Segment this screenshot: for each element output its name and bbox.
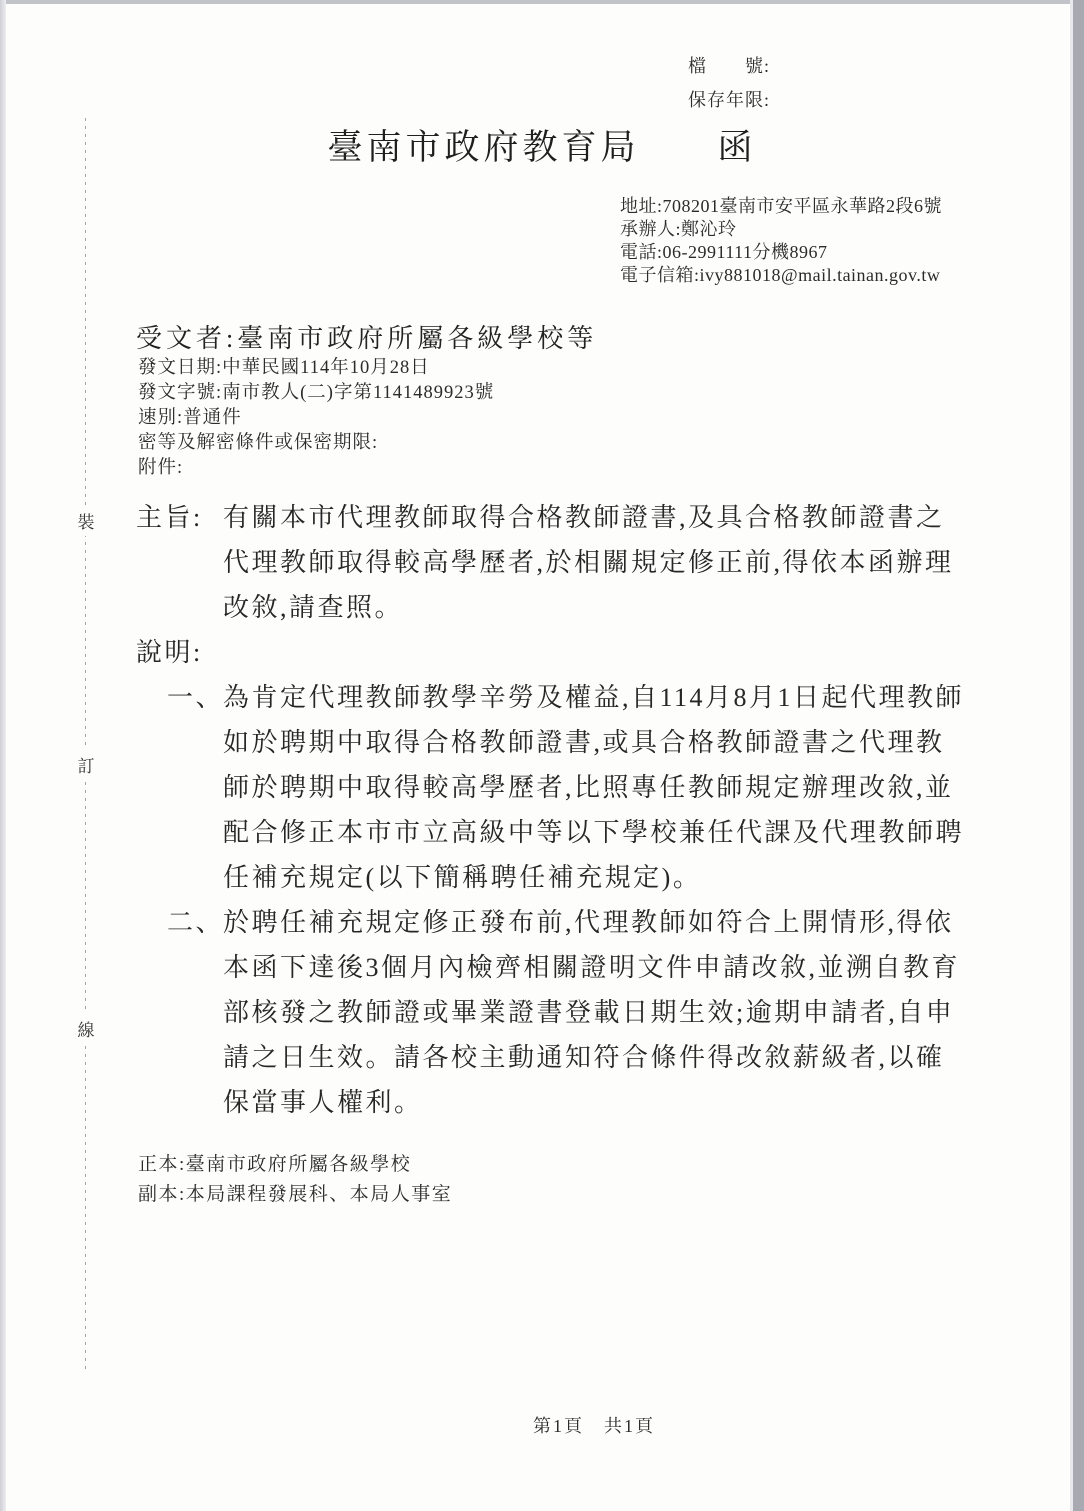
item-2-text: 於聘任補充規定修正發布前,代理教師如符合上開情形,得依本函下達後3個月內檢齊相關… xyxy=(223,900,971,1125)
explanation-label: 說明: xyxy=(136,630,971,675)
security-line: 密等及解密條件或保密期限: xyxy=(138,431,494,456)
explanation-item-2: 二、 於聘任補充規定修正發布前,代理教師如符合上開情形,得依本函下達後3個月內檢… xyxy=(167,900,971,1125)
binding-mark-zhuang: 裝 xyxy=(71,505,101,536)
subject-section: 主旨: 有關本市代理教師取得合格教師證書,及具合格教師證書之代理教師取得較高學歷… xyxy=(136,495,971,630)
page-number: 第1頁 共1頁 xyxy=(533,1412,655,1438)
scan-edge-left xyxy=(0,0,6,1511)
file-number-label: 檔 號: xyxy=(688,52,770,78)
retention-period-label: 保存年限: xyxy=(688,86,770,112)
document-title: 臺南市政府教育局 函 xyxy=(0,120,1084,170)
letter-body: 主旨: 有關本市代理教師取得合格教師證書,及具合格教師證書之代理教師取得較高學歷… xyxy=(136,495,971,1125)
copy-recipients: 副本:本局課程發展科、本局人事室 xyxy=(138,1180,452,1210)
subject-label: 主旨: xyxy=(136,495,223,540)
item-2-number: 二、 xyxy=(167,900,223,945)
item-1-number: 一、 xyxy=(167,675,223,720)
binding-dotted-line xyxy=(85,118,86,1370)
item-1-text: 為肯定代理教師教學辛勞及權益,自114月8月1日起代理教師如於聘期中取得合格教師… xyxy=(223,675,971,900)
doc-number-line: 發文字號:南市教人(二)字第1141489923號 xyxy=(138,381,494,406)
document-metadata: 發文日期:中華民國114年10月28日 發文字號:南市教人(二)字第114148… xyxy=(138,356,494,481)
scan-edge-top xyxy=(0,0,1084,4)
scan-edge-right xyxy=(1070,0,1084,1511)
explanation-item-1: 一、 為肯定代理教師教學辛勞及權益,自114月8月1日起代理教師如於聘期中取得合… xyxy=(167,675,971,900)
subject-text: 有關本市代理教師取得合格教師證書,及具合格教師證書之代理教師取得較高學歷者,於相… xyxy=(223,495,971,630)
issue-date-line: 發文日期:中華民國114年10月28日 xyxy=(138,356,494,381)
original-recipients: 正本:臺南市政府所屬各級學校 xyxy=(138,1150,452,1180)
sender-address: 地址:708201臺南市安平區永華路2段6號 xyxy=(620,195,1040,218)
attachment-line: 附件: xyxy=(138,456,494,481)
sender-email: 電子信箱:ivy881018@mail.tainan.gov.tw xyxy=(620,264,972,287)
binding-mark-ding: 訂 xyxy=(71,749,101,780)
binding-mark-xian: 線 xyxy=(71,1013,101,1044)
sender-phone: 電話:06-2991111分機8967 xyxy=(620,241,1040,264)
recipient-line: 受文者:臺南市政府所屬各級學校等 xyxy=(136,318,597,355)
scanned-official-letter: 裝 訂 線 檔 號: 保存年限: 臺南市政府教育局 函 地址:708201臺南市… xyxy=(0,0,1084,1511)
sender-contact-person: 承辦人:鄭沁玲 xyxy=(620,218,1040,241)
priority-line: 速別:普通件 xyxy=(138,406,494,431)
distribution-block: 正本:臺南市政府所屬各級學校 副本:本局課程發展科、本局人事室 xyxy=(138,1150,452,1210)
sender-contact-block: 地址:708201臺南市安平區永華路2段6號 承辦人:鄭沁玲 電話:06-299… xyxy=(620,195,1040,287)
